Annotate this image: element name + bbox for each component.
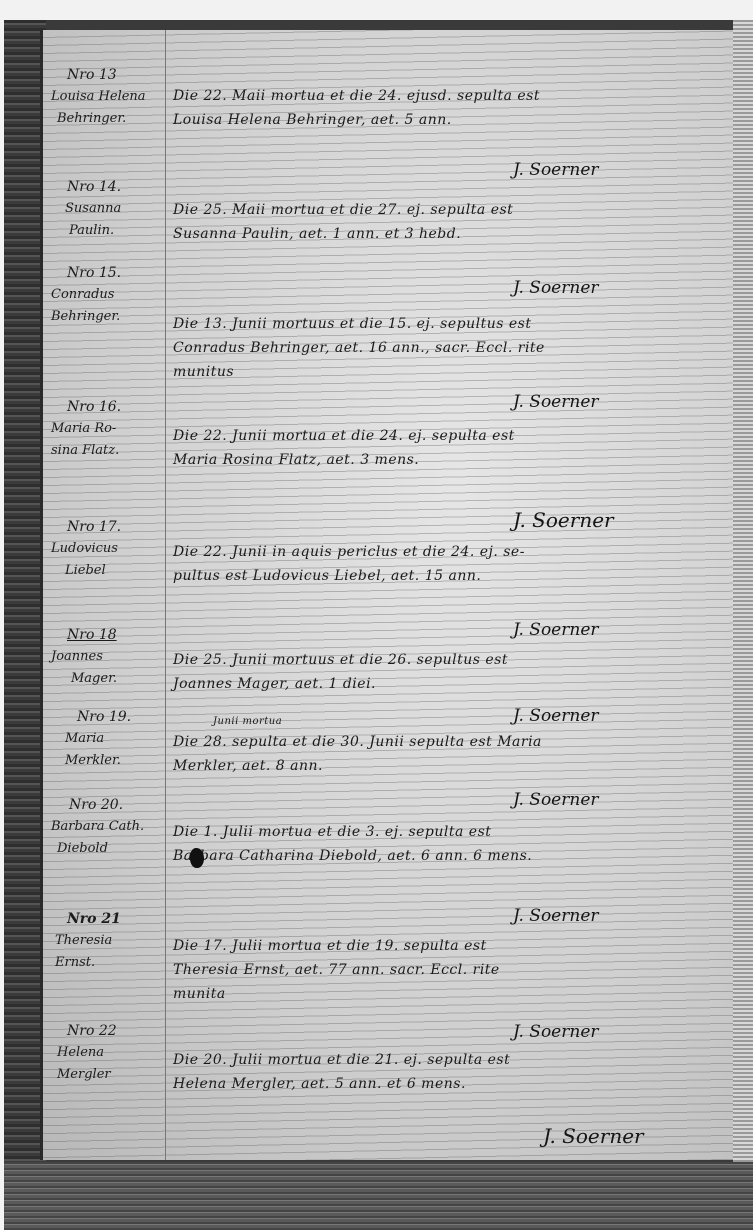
entry-body-18: Die 25. Junii mortuus et die 26. sepultu… xyxy=(173,648,713,696)
entry-label-14: Nro 14. Susanna Paulin. xyxy=(51,176,163,242)
entry-line: Die 25. Maii mortua et die 27. ej. sepul… xyxy=(173,198,713,222)
entry-body-20: Die 1. Julii mortua et die 3. ej. sepult… xyxy=(173,820,713,868)
entry-line: pultus est Ludovicus Liebel, aet. 15 ann… xyxy=(173,564,713,588)
entry-number: Nro 15. xyxy=(51,262,163,284)
entry-body-13: Die 22. Maii mortua et die 24. ejusd. se… xyxy=(173,84,713,132)
entry-label-19: Nro 19. Maria Merkler. xyxy=(51,706,163,772)
interlinear-note: Junii mortua xyxy=(213,716,753,728)
entry-label-22: Nro 22 Helena Mergler xyxy=(51,1020,163,1086)
entry-line: Die 25. Junii mortuus et die 26. sepultu… xyxy=(173,648,713,672)
entry-line: Louisa Helena Behringer, aet. 5 ann. xyxy=(173,108,713,132)
entry-name: Diebold xyxy=(51,838,163,860)
margin-rule xyxy=(165,30,166,1160)
entry-name: Helena xyxy=(51,1042,163,1064)
entry-line: Conradus Behringer, aet. 16 ann., sacr. … xyxy=(173,336,713,360)
entry-label-16: Nro 16. Maria Ro- sina Flatz. xyxy=(51,396,163,462)
entry-name: Paulin. xyxy=(51,220,163,242)
register-page: Nro 13 Louisa Helena Behringer. Die 22. … xyxy=(40,30,733,1160)
entry-name: Joannes xyxy=(51,646,163,668)
entry-name: Susanna xyxy=(51,198,163,220)
entry-line: Merkler, aet. 8 ann. xyxy=(173,754,713,778)
entry-line: Barbara Catharina Diebold, aet. 6 ann. 6… xyxy=(173,844,713,868)
entry-number: Nro 17. xyxy=(51,516,163,538)
priest-signature: J. Soerner xyxy=(543,1124,703,1148)
entry-name: Mergler xyxy=(51,1064,163,1086)
entry-number: Nro 13 xyxy=(51,64,163,86)
entry-label-17: Nro 17. Ludovicus Liebel xyxy=(51,516,163,582)
entry-body-21: Die 17. Julii mortua et die 19. sepulta … xyxy=(173,934,713,1006)
entry-name: Liebel xyxy=(51,560,163,582)
entry-name: Barbara Cath. xyxy=(51,816,163,838)
entry-line: Die 22. Junii mortua et die 24. ej. sepu… xyxy=(173,424,713,448)
entry-name: sina Flatz. xyxy=(51,440,163,462)
page-right-edge xyxy=(733,20,753,1230)
entry-number: Nro 14. xyxy=(51,176,163,198)
entry-number: Nro 20. xyxy=(51,794,163,816)
entry-name: Theresia xyxy=(51,930,163,952)
entry-name: Louisa Helena xyxy=(51,86,163,108)
entry-label-13: Nro 13 Louisa Helena Behringer. xyxy=(51,64,163,130)
entry-name: Behringer. xyxy=(51,306,163,328)
entry-line: munita xyxy=(173,982,713,1006)
priest-signature: J. Soerner xyxy=(513,278,673,298)
entry-name: Conradus xyxy=(51,284,163,306)
priest-signature: J. Soerner xyxy=(513,392,673,412)
entry-body-19: Die 28. sepulta et die 30. Junii sepulta… xyxy=(173,730,713,778)
ink-blot xyxy=(190,848,204,868)
entry-name: Ernst. xyxy=(51,952,163,974)
entry-line: Joannes Mager, aet. 1 diei. xyxy=(173,672,713,696)
entry-line: munitus xyxy=(173,360,713,384)
priest-signature: J. Soerner xyxy=(513,620,673,640)
entry-line: Helena Mergler, aet. 5 ann. et 6 mens. xyxy=(173,1072,713,1096)
entry-body-14: Die 25. Maii mortua et die 27. ej. sepul… xyxy=(173,198,713,246)
entry-label-20: Nro 20. Barbara Cath. Diebold xyxy=(51,794,163,860)
entry-line: Die 13. Junii mortuus et die 15. ej. sep… xyxy=(173,312,713,336)
entry-line: Die 20. Julii mortua et die 21. ej. sepu… xyxy=(173,1048,713,1072)
scan-top-margin xyxy=(0,0,753,20)
priest-signature: J. Soerner xyxy=(513,1022,673,1042)
entry-name: Merkler. xyxy=(51,750,163,772)
entry-body-22: Die 20. Julii mortua et die 21. ej. sepu… xyxy=(173,1048,713,1096)
entry-name: Maria Ro- xyxy=(51,418,163,440)
priest-signature: J. Soerner xyxy=(513,508,673,532)
entry-number: Nro 19. xyxy=(51,706,163,728)
entry-number: Nro 16. xyxy=(51,396,163,418)
entry-label-18: Nro 18 Joannes Mager. xyxy=(51,624,163,690)
entry-body-16: Die 22. Junii mortua et die 24. ej. sepu… xyxy=(173,424,713,472)
entry-label-21: Nro 21 Theresia Ernst. xyxy=(51,908,163,974)
entry-line: Maria Rosina Flatz, aet. 3 mens. xyxy=(173,448,713,472)
entry-line: Die 17. Julii mortua et die 19. sepulta … xyxy=(173,934,713,958)
entry-line: Die 28. sepulta et die 30. Junii sepulta… xyxy=(173,730,713,754)
scan-bottom-edge xyxy=(4,1162,753,1230)
priest-signature: J. Soerner xyxy=(513,160,673,180)
entry-body-17: Die 22. Junii in aquis periclus et die 2… xyxy=(173,540,713,588)
priest-signature: J. Soerner xyxy=(513,906,673,926)
entry-body-15: Die 13. Junii mortuus et die 15. ej. sep… xyxy=(173,312,713,384)
entry-line: Susanna Paulin, aet. 1 ann. et 3 hebd. xyxy=(173,222,713,246)
entry-name: Mager. xyxy=(51,668,163,690)
entry-line: Die 22. Maii mortua et die 24. ejusd. se… xyxy=(173,84,713,108)
entry-name: Ludovicus xyxy=(51,538,163,560)
entry-number: Nro 22 xyxy=(51,1020,163,1042)
entry-number: Nro 18 xyxy=(51,624,163,646)
entry-label-15: Nro 15. Conradus Behringer. xyxy=(51,262,163,328)
entry-number: Nro 21 xyxy=(51,908,163,930)
entry-line: Die 22. Junii in aquis periclus et die 2… xyxy=(173,540,713,564)
entry-line: Die 1. Julii mortua et die 3. ej. sepult… xyxy=(173,820,713,844)
priest-signature: J. Soerner xyxy=(513,790,673,810)
entry-line: Theresia Ernst, aet. 77 ann. sacr. Eccl.… xyxy=(173,958,713,982)
entry-name: Behringer. xyxy=(51,108,163,130)
entry-name: Maria xyxy=(51,728,163,750)
